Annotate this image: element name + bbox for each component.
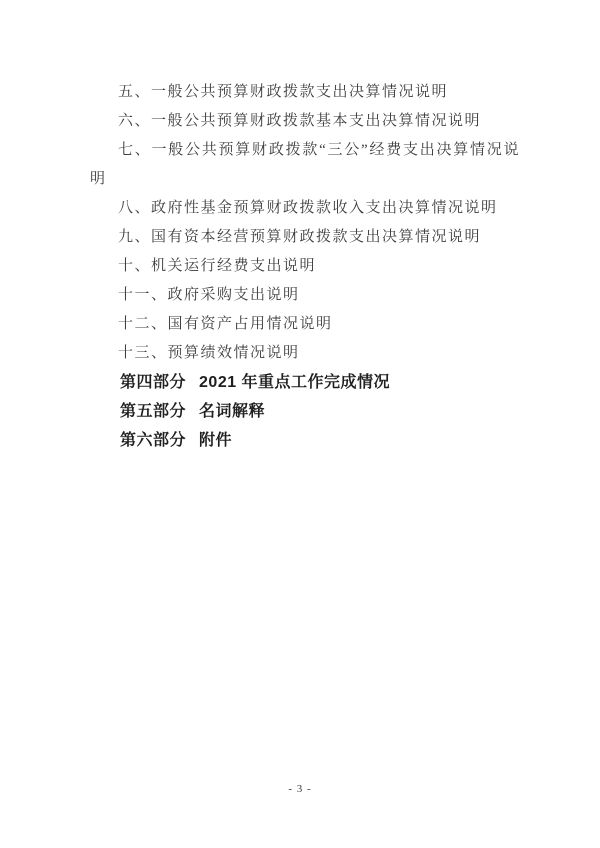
part-title: 名词解释: [199, 403, 265, 420]
part-heading: 第五部分名词解释: [90, 397, 520, 426]
toc-item: 九、国有资本经营预算财政拨款支出决算情况说明: [90, 223, 520, 252]
part-heading: 第六部分附件: [90, 426, 520, 455]
part-label: 第五部分: [120, 403, 186, 420]
toc-item: 七、一般公共预算财政拨款“三公”经费支出决算情况说明: [90, 136, 520, 194]
document-page: 五、一般公共预算财政拨款支出决算情况说明 六、一般公共预算财政拨款基本支出决算情…: [0, 0, 600, 848]
page-number: - 3 -: [288, 783, 311, 795]
page-footer: - 3 -: [0, 779, 600, 797]
toc-item: 五、一般公共预算财政拨款支出决算情况说明: [90, 78, 520, 107]
toc-item: 十二、国有资产占用情况说明: [90, 310, 520, 339]
part-heading: 第四部分2021 年重点工作完成情况: [90, 368, 520, 397]
toc-content: 五、一般公共预算财政拨款支出决算情况说明 六、一般公共预算财政拨款基本支出决算情…: [90, 78, 520, 455]
part-label: 第六部分: [120, 432, 186, 449]
part-label: 第四部分: [120, 374, 186, 391]
toc-item: 六、一般公共预算财政拨款基本支出决算情况说明: [90, 107, 520, 136]
toc-item: 十、机关运行经费支出说明: [90, 252, 520, 281]
part-title: 2021 年重点工作完成情况: [199, 374, 390, 391]
part-title: 附件: [199, 432, 232, 449]
toc-item: 十一、政府采购支出说明: [90, 281, 520, 310]
toc-item: 十三、预算绩效情况说明: [90, 339, 520, 368]
toc-item: 八、政府性基金预算财政拨款收入支出决算情况说明: [90, 194, 520, 223]
